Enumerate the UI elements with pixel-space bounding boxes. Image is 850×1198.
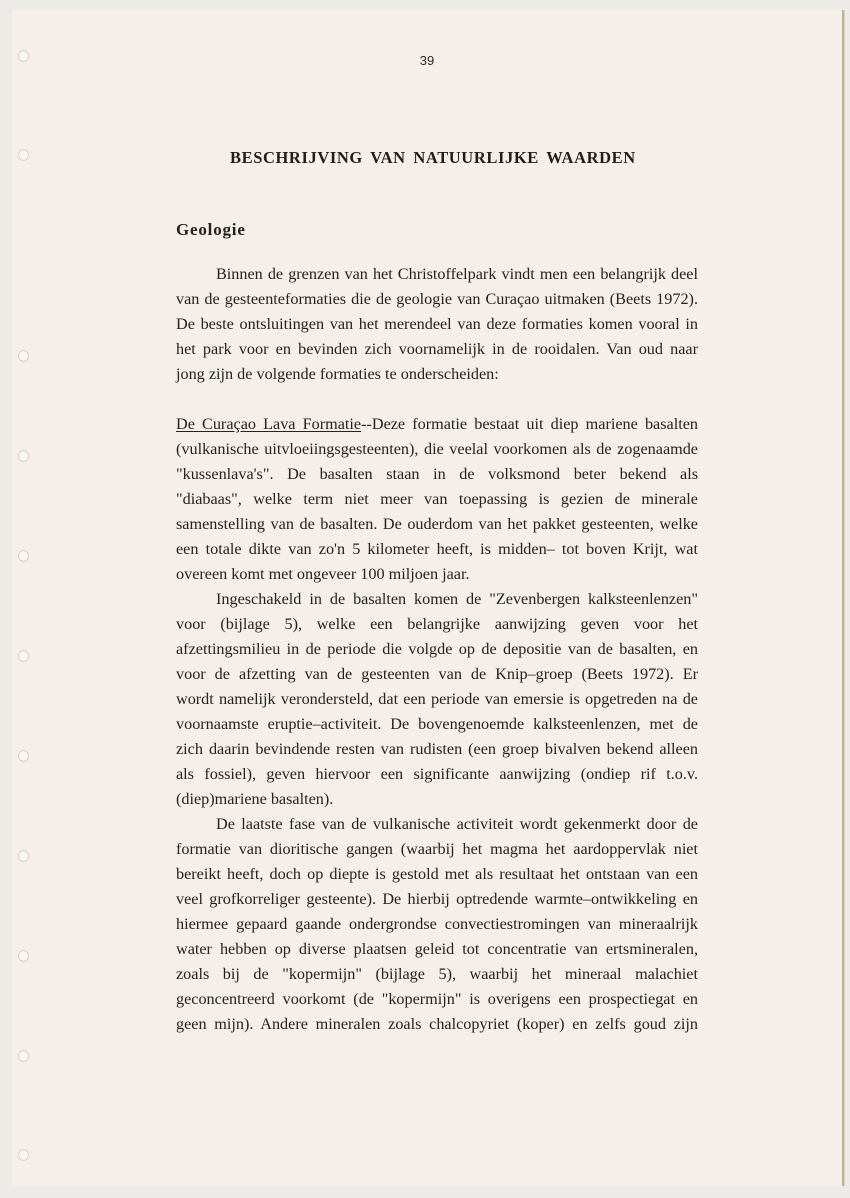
text-line: zich daarin bevindende resten van rudist… (176, 737, 698, 762)
text-line: voor (bijlage 5), welke een belangrijke … (176, 612, 698, 637)
text-line: geconcentreerd voorkomt (de "kopermijn" … (176, 987, 698, 1012)
text-line: geen mijn). Andere mineralen zoals chalc… (176, 1012, 698, 1037)
text-line: afzettingsmilieu in de periode die volgd… (176, 637, 698, 662)
text-line: hiermee gepaard gaande ondergrondse conv… (176, 912, 698, 937)
text-line: "kussenlava's". De basalten staan in de … (176, 462, 698, 487)
page-title: BESCHRIJVING VAN NATUURLIJKE WAARDEN (230, 148, 636, 168)
text-line: een totale dikte van zo'n 5 kilometer he… (176, 537, 698, 562)
text-line: De beste ontsluitingen van het merendeel… (176, 312, 698, 337)
punch-hole-icon (18, 750, 29, 762)
text-line: De Curaçao Lava Formatie--Deze formatie … (176, 412, 698, 437)
text-line: Binnen de grenzen van het Christoffelpar… (176, 262, 698, 287)
punch-hole-icon (18, 650, 29, 662)
text-line: van de gesteenteformaties die de geologi… (176, 287, 698, 312)
text-fragment: --Deze formatie bestaat uit diep mariene… (361, 415, 698, 433)
paragraph-kalksteenlenzen: Ingeschakeld in de basalten komen de "Ze… (176, 587, 698, 812)
text-line: bereikt heeft, doch op diepte is gestold… (176, 862, 698, 887)
formation-name: De Curaçao Lava Formatie (176, 415, 361, 433)
text-line: als fossiel), geven hiervoor een signifi… (176, 762, 698, 787)
text-line: (diep)mariene basalten). (176, 787, 698, 812)
text-line: (vulkanische uitvloeiingsgesteenten), di… (176, 437, 698, 462)
text-line: water hebben op diverse plaatsen geleid … (176, 937, 698, 962)
text-line: voor de afzetting van de gesteenten van … (176, 662, 698, 687)
text-line: "diabaas", welke term niet meer van toep… (176, 487, 698, 512)
document-page: 39 BESCHRIJVING VAN NATUURLIJKE WAARDEN … (12, 10, 842, 1186)
paragraph-intro: Binnen de grenzen van het Christoffelpar… (176, 262, 698, 387)
text-line: jong zijn de volgende formaties te onder… (176, 362, 698, 387)
text-line: wordt namelijk verondersteld, dat een pe… (176, 687, 698, 712)
punch-hole-icon (18, 1149, 29, 1161)
punch-hole-icon (18, 350, 29, 362)
punch-hole-icon (18, 1050, 29, 1062)
page-number: 39 (12, 53, 842, 68)
text-line: overeen komt met ongeveer 100 miljoen ja… (176, 562, 698, 587)
punch-hole-icon (18, 950, 29, 962)
text-line: het park voor en bevinden zich voornamel… (176, 337, 698, 362)
text-line: samenstelling van de basalten. De ouderd… (176, 512, 698, 537)
text-line: Ingeschakeld in de basalten komen de "Ze… (176, 587, 698, 612)
text-line: veel grofkorreliger gesteente). De hierb… (176, 887, 698, 912)
punch-hole-icon (18, 149, 29, 161)
punch-hole-icon (18, 450, 29, 462)
section-heading: Geologie (176, 220, 246, 240)
text-line: De laatste fase van de vulkanische activ… (176, 812, 698, 837)
punch-hole-icon (18, 850, 29, 862)
text-line: zoals bij de "kopermijn" (bijlage 5), wa… (176, 962, 698, 987)
text-line: voornaamste eruptie–activiteit. De boven… (176, 712, 698, 737)
paragraph-curacao-lava-formatie: De Curaçao Lava Formatie--Deze formatie … (176, 412, 698, 587)
punch-hole-icon (18, 550, 29, 562)
text-line: formatie van dioritische gangen (waarbij… (176, 837, 698, 862)
paragraph-dioritische-gangen: De laatste fase van de vulkanische activ… (176, 812, 698, 1037)
